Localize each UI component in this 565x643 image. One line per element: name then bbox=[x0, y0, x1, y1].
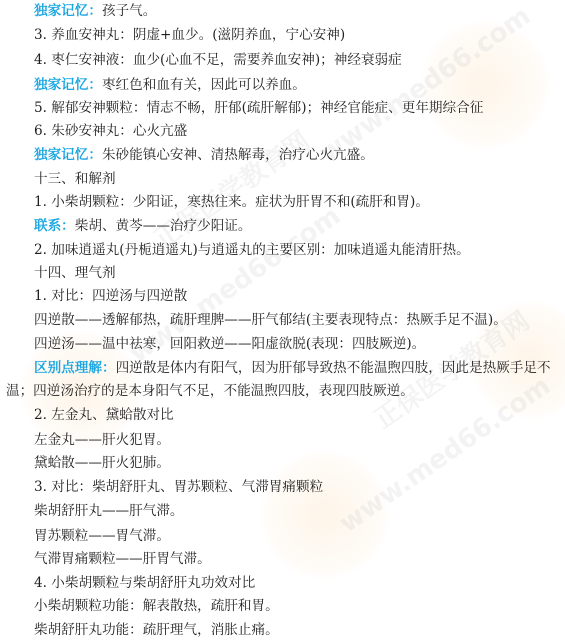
section-heading: 十四、理气剂 bbox=[34, 263, 559, 283]
formula-item: 胃苏颗粒——胃气滞。 bbox=[34, 526, 559, 546]
understanding-note: 区别点理解：四逆散是体内有阳气，因为肝郁导致热不能温煦四肢，因此是热厥手足不 bbox=[34, 358, 559, 378]
formula-item: 2. 加味逍遥丸(丹栀逍遥丸)与逍遥丸的主要区别：加味逍遥丸能清肝热。 bbox=[34, 240, 559, 260]
understanding-label: 区别点理解： bbox=[34, 360, 116, 376]
link-label: 联系： bbox=[34, 218, 75, 234]
understanding-note-continued: 温；四逆汤治疗的是本身阳气不足，不能温煦四肢，表现四肢厥逆。 bbox=[6, 381, 559, 401]
memory-label: 独家记忆： bbox=[34, 77, 102, 93]
formula-item: 左金丸——肝火犯胃。 bbox=[34, 430, 559, 450]
formula-item: 5. 解郁安神颗粒：情志不畅，肝郁(疏肝解郁)；神经官能症、更年期综合征 bbox=[34, 98, 559, 118]
formula-item: 气滞胃痛颗粒——肝胃气滞。 bbox=[34, 549, 559, 569]
formula-item: 3. 养血安神丸：阴虚+血少。(滋阴养血，宁心安神) bbox=[34, 25, 559, 45]
formula-item: 黛蛤散——肝火犯肺。 bbox=[34, 453, 559, 473]
memory-label: 独家记忆： bbox=[34, 147, 102, 163]
formula-item: 4. 枣仁安神液：血少(心血不足，需要养血安神)；神经衰弱症 bbox=[34, 50, 559, 70]
formula-item: 四逆汤——温中祛寒，回阳救逆——阳虚欲脱(表现：四肢厥逆)。 bbox=[34, 334, 559, 354]
link-note: 联系：柴胡、黄芩——治疗少阳证。 bbox=[34, 216, 559, 236]
formula-item: 6. 朱砂安神丸：心火亢盛 bbox=[34, 121, 559, 141]
memory-note: 独家记忆：孩子气。 bbox=[34, 1, 559, 21]
formula-item: 小柴胡颗粒功能：解表散热，疏肝和胃。 bbox=[34, 596, 559, 616]
formula-item: 4. 小柴胡颗粒与柴胡舒肝丸功效对比 bbox=[34, 573, 559, 593]
formula-item: 2. 左金丸、黛蛤散对比 bbox=[34, 405, 559, 425]
formula-item: 3. 对比：柴胡舒肝丸、胃苏颗粒、气滞胃痛颗粒 bbox=[34, 477, 559, 497]
formula-item: 四逆散——透解郁热，疏肝理脾——肝气郁结(主要表现特点：热厥手足不温)。 bbox=[34, 310, 559, 330]
formula-item: 1. 小柴胡颗粒：少阳证，寒热往来。症状为肝胃不和(疏肝和胃)。 bbox=[34, 192, 559, 212]
section-heading: 十三、和解剂 bbox=[34, 169, 559, 189]
formula-item: 柴胡舒肝丸——肝气滞。 bbox=[34, 501, 559, 521]
memory-note: 独家记忆：枣红色和血有关，因此可以养血。 bbox=[34, 75, 559, 95]
memory-label: 独家记忆： bbox=[34, 3, 102, 19]
formula-item: 1. 对比：四逆汤与四逆散 bbox=[34, 286, 559, 306]
memory-note: 独家记忆：朱砂能镇心安神、清热解毒，治疗心火亢盛。 bbox=[34, 145, 559, 165]
formula-item: 柴胡舒肝丸功能：疏肝理气，消胀止痛。 bbox=[34, 620, 559, 640]
